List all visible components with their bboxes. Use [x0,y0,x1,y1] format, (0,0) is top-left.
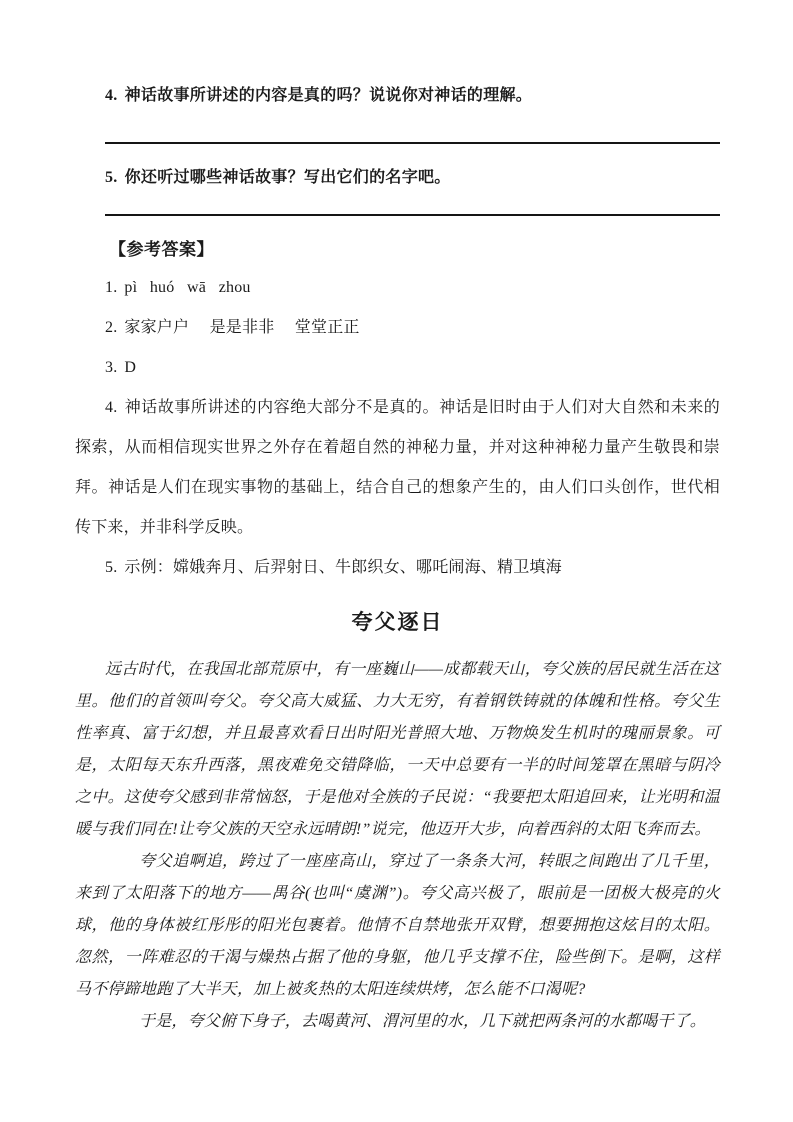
page-content: 4.神话故事所讲述的内容是真的吗？说说你对神话的理解。 5.你还听过哪些神话故事… [75,0,720,1038]
answer-item-number: 2. [105,319,117,336]
answers-heading: 【参考答案】 [109,238,720,262]
question-5-text: 你还听过哪些神话故事？写出它们的名字吧。 [125,169,451,186]
question-5: 5.你还听过哪些神话故事？写出它们的名字吧。 [75,168,720,188]
answer-item: 1.pì huó wā zhou [75,268,720,308]
question-4-number: 4. [105,87,118,104]
answers-list: 1.pì huó wā zhou2.家家户户 是是非非 堂堂正正3.D4.神话故… [75,268,720,588]
answer-item-text: pì huó wā zhou [124,279,250,296]
question-5-number: 5. [105,169,118,186]
answer-item-number: 3. [105,359,117,376]
answer-item-number: 1. [105,279,117,296]
question-4-text: 神话故事所讲述的内容是真的吗？说说你对神话的理解。 [125,87,533,104]
answer-item-text: D [124,359,136,376]
answer-item: 4.神话故事所讲述的内容绝大部分不是真的。神话是旧时由于人们对大自然和未来的探索… [75,388,720,548]
answer-item-number: 4. [105,399,117,416]
answer-item-text: 家家户户 是是非非 堂堂正正 [124,319,359,336]
answer-item: 5.示例：嫦娥奔月、后羿射日、牛郎织女、哪吒闹海、精卫填海 [75,548,720,588]
answer-blank-line-2 [105,188,720,216]
answer-blank-line-1 [105,106,720,144]
worksheet-page: 4.神话故事所讲述的内容是真的吗？说说你对神话的理解。 5.你还听过哪些神话故事… [0,0,793,1122]
answer-item-text: 示例：嫦娥奔月、后羿射日、牛郎织女、哪吒闹海、精卫填海 [124,559,561,576]
story-paragraph: 于是，夸父俯下身子，去喝黄河、渭河里的水，几下就把两条河的水都喝干了。 [75,1006,720,1038]
story-body: 远古时代，在我国北部荒原中，有一座巍山——成都载天山，夸父族的居民就生活在这里。… [75,654,720,1038]
answer-item-number: 5. [105,559,117,576]
story-title: 夸父逐日 [75,608,720,638]
story-paragraph: 远古时代，在我国北部荒原中，有一座巍山——成都载天山，夸父族的居民就生活在这里。… [75,654,720,846]
question-4: 4.神话故事所讲述的内容是真的吗？说说你对神话的理解。 [75,86,720,106]
answer-item: 2.家家户户 是是非非 堂堂正正 [75,308,720,348]
answer-item-text: 神话故事所讲述的内容绝大部分不是真的。神话是旧时由于人们对大自然和未来的探索，从… [75,399,720,536]
story-paragraph: 夸父追啊追，跨过了一座座高山，穿过了一条条大河，转眼之间跑出了几千里，来到了太阳… [75,846,720,1006]
answer-item: 3.D [75,348,720,388]
